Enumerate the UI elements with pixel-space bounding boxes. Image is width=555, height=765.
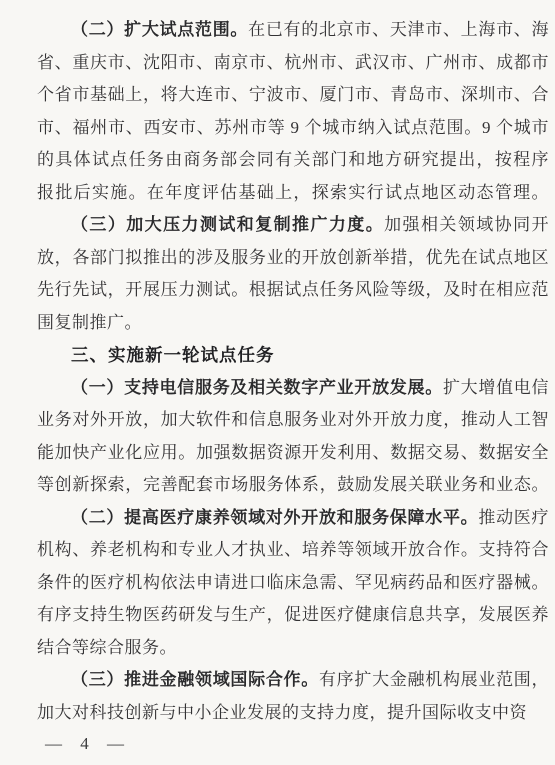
text-line: 结合等综合服务。 <box>37 632 549 665</box>
text-line: 市、福州市、西安市、苏州市等 9 个城市纳入试点范围。9 个城市 <box>37 112 549 145</box>
line-text: 个省市基础上，将大连市、宁波市、厦门市、青岛市、深圳市、合肥 <box>37 85 549 112</box>
line-text: 报批后实施。在年度评估基础上，探索实行试点地区动态管理。 <box>37 183 549 202</box>
text-line: （二）扩大试点范围。在已有的北京市、天津市、上海市、海南 <box>37 14 549 47</box>
text-line: 等创新探索，完善配套市场服务体系，鼓励发展关联业务和业态。 <box>37 469 549 502</box>
document-page: （二）扩大试点范围。在已有的北京市、天津市、上海市、海南 省、重庆市、沈阳市、南… <box>0 0 555 765</box>
text-line: （三）加大压力测试和复制推广力度。加强相关领域协同开 <box>37 209 549 242</box>
text-line: 省、重庆市、沈阳市、南京市、杭州市、武汉市、广州市、成都市等 11 <box>37 47 549 80</box>
text-line: 报批后实施。在年度评估基础上，探索实行试点地区动态管理。 <box>37 177 549 210</box>
text-line: 围复制推广。 <box>37 307 549 340</box>
text-line: 加大对科技创新与中小企业发展的支持力度，提升国际收支中资 <box>37 697 549 730</box>
text-line: 能加快产业化应用。加强数据资源开发利用、数据交易、数据安全 <box>37 437 549 470</box>
line-text: 先行先试，开展压力测试。根据试点任务风险等级，及时在相应范 <box>37 280 549 299</box>
line-text: 结合等综合服务。 <box>37 638 177 657</box>
line-text: 能加快产业化应用。加强数据资源开发利用、数据交易、数据安全 <box>37 443 549 462</box>
line-text: 推动医疗 <box>478 508 549 527</box>
line-text: 有序支持生物医药研发与生产，促进医疗健康信息共享，发展医养 <box>37 605 549 624</box>
text-line: （三）推进金融领域国际合作。有序扩大金融机构展业范围， <box>37 664 549 697</box>
paragraph-lead: （三）加大压力测试和复制推广力度。 <box>71 215 384 234</box>
text-line: （二）提高医疗康养领域对外开放和服务保障水平。推动医疗 <box>37 502 549 535</box>
paragraph-lead: （二）提高医疗康养领域对外开放和服务保障水平。 <box>71 508 478 527</box>
text-line: 先行先试，开展压力测试。根据试点任务风险等级，及时在相应范 <box>37 274 549 307</box>
line-text: 加大对科技创新与中小企业发展的支持力度，提升国际收支中资 <box>37 703 527 722</box>
line-text: 业务对外开放，加大软件和信息服务业对外开放力度，推动人工智 <box>37 410 549 429</box>
text-line: 放，各部门拟推出的涉及服务业的开放创新举措，优先在试点地区 <box>37 242 549 275</box>
text-line: 的具体试点任务由商务部会同有关部门和地方研究提出，按程序 <box>37 144 549 177</box>
line-text: 加强相关领域协同开 <box>384 215 549 234</box>
paragraph-lead: （二）扩大试点范围。 <box>71 20 248 39</box>
page-number: — 4 — <box>37 733 549 755</box>
text-line: 有序支持生物医药研发与生产，促进医疗健康信息共享，发展医养 <box>37 599 549 632</box>
line-text: 等创新探索，完善配套市场服务体系，鼓励发展关联业务和业态。 <box>37 475 549 494</box>
line-text: 有序扩大金融机构展业范围， <box>319 670 549 689</box>
text-line: 业务对外开放，加大软件和信息服务业对外开放力度，推动人工智 <box>37 404 549 437</box>
paragraph-lead: （三）推进金融领域国际合作。 <box>71 670 319 689</box>
line-text: 放，各部门拟推出的涉及服务业的开放创新举措，优先在试点地区 <box>37 248 549 267</box>
text-line: 三、实施新一轮试点任务 <box>37 339 549 372</box>
text-line: 机构、养老机构和专业人才执业、培养等领域开放合作。支持符合 <box>37 534 549 567</box>
text-line: 条件的医疗机构依法申请进口临床急需、罕见病药品和医疗器械。 <box>37 567 549 600</box>
line-text: 条件的医疗机构依法申请进口临床急需、罕见病药品和医疗器械。 <box>37 573 549 592</box>
line-text: 市、福州市、西安市、苏州市等 9 个城市纳入试点范围。9 个城市 <box>37 118 549 137</box>
section-heading: 三、实施新一轮试点任务 <box>71 345 275 365</box>
line-text: 的具体试点任务由商务部会同有关部门和地方研究提出，按程序 <box>37 150 549 169</box>
line-text: 围复制推广。 <box>37 313 142 332</box>
line-text: 扩大增值电信 <box>443 378 549 397</box>
line-text: 省、重庆市、沈阳市、南京市、杭州市、武汉市、广州市、成都市等 11 <box>37 53 549 80</box>
line-text: 机构、养老机构和专业人才执业、培养等领域开放合作。支持符合 <box>37 540 549 559</box>
text-line: 个省市基础上，将大连市、宁波市、厦门市、青岛市、深圳市、合肥 <box>37 79 549 112</box>
text-line: （一）支持电信服务及相关数字产业开放发展。扩大增值电信 <box>37 372 549 405</box>
paragraph-lead: （一）支持电信服务及相关数字产业开放发展。 <box>71 378 443 397</box>
